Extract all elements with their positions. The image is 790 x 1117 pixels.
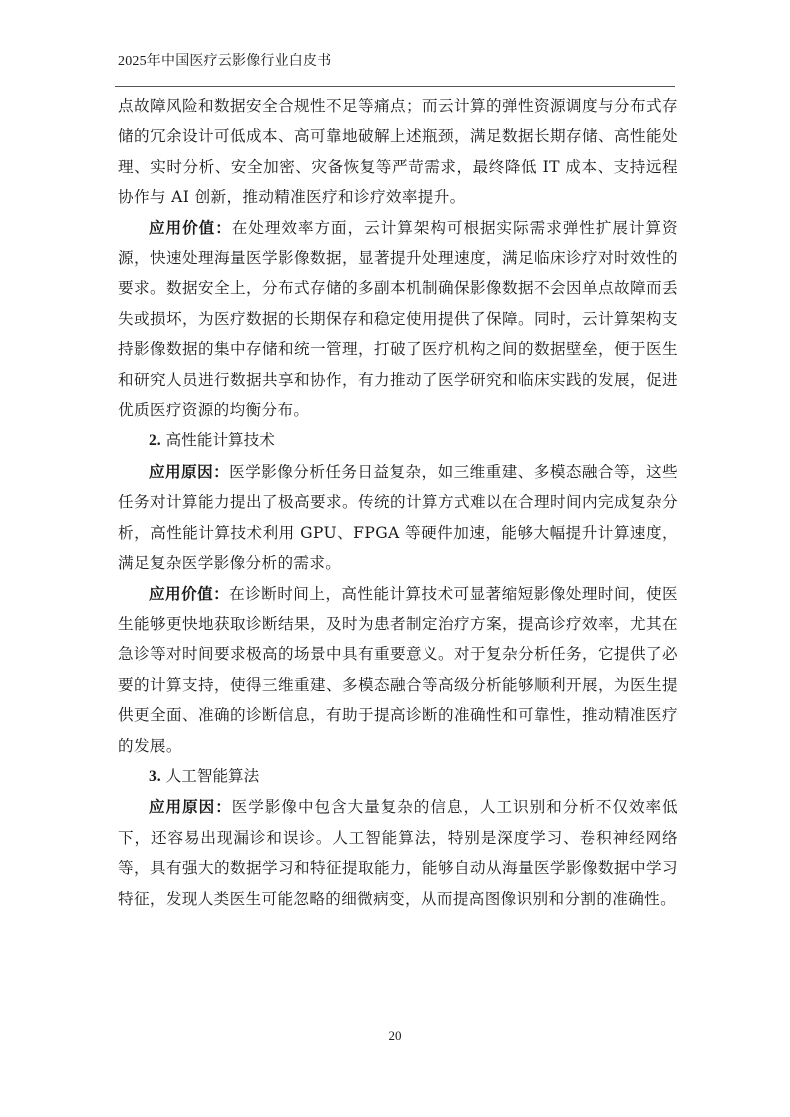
paragraph-text: 在诊断时间上，高性能计算技术可显著缩短影像处理时间，使医生能够更快地获取诊断结果… [118, 585, 678, 755]
page-number: 20 [0, 1028, 790, 1044]
page-body: 点故障风险和数据安全合规性不足等痛点；而云计算的弹性资源调度与分布式存储的冗余设… [118, 91, 678, 914]
section-heading-hpc: 2. 高性能计算技术 [118, 425, 678, 456]
paragraph-cloud-value: 应用价值：在处理效率方面，云计算架构可根据实际需求弹性扩展计算资源，快速处理海量… [118, 213, 678, 426]
section-number: 2. [149, 432, 161, 449]
running-header: 2025年中国医疗云影像行业白皮书 [118, 50, 331, 70]
section-title: 人工智能算法 [166, 767, 260, 785]
section-heading-ai: 3. 人工智能算法 [118, 761, 678, 792]
section-title: 高性能计算技术 [166, 431, 275, 449]
paragraph-lead: 应用原因： [149, 462, 229, 481]
paragraph-text: 在处理效率方面，云计算架构可根据实际需求弹性扩展计算资源，快速处理海量医学影像数… [118, 219, 678, 419]
paragraph-ai-reason: 应用原因：医学影像中包含大量复杂的信息，人工识别和分析不仅效率低下，还容易出现漏… [118, 792, 678, 914]
paragraph-lead: 应用价值： [149, 584, 229, 603]
header-divider [115, 86, 675, 87]
paragraph-hpc-reason: 应用原因：医学影像分析任务日益复杂，如三维重建、多模态融合等，这些任务对计算能力… [118, 457, 678, 579]
paragraph-lead: 应用原因： [149, 797, 232, 816]
paragraph-lead: 应用价值： [149, 218, 232, 237]
paragraph-hpc-value: 应用价值：在诊断时间上，高性能计算技术可显著缩短影像处理时间，使医生能够更快地获… [118, 579, 678, 761]
paragraph-continuation: 点故障风险和数据安全合规性不足等痛点；而云计算的弹性资源调度与分布式存储的冗余设… [118, 91, 678, 213]
section-number: 3. [149, 768, 161, 785]
